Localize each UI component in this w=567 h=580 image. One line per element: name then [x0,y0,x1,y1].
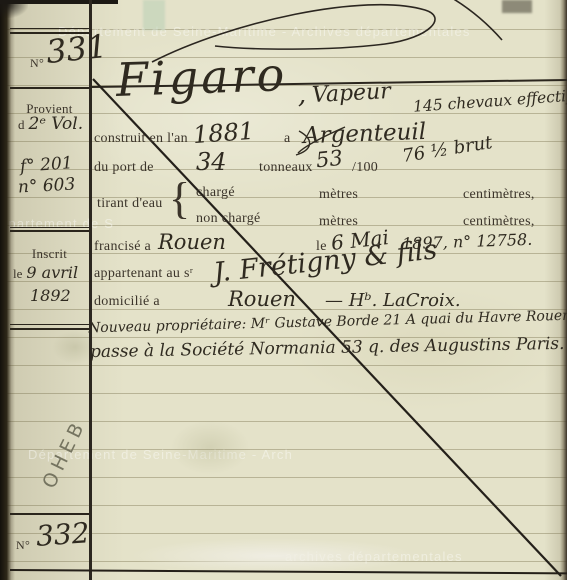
inscription-year: 1892 [30,286,71,305]
inscription-date: le 9 avril [13,263,78,283]
le-label: le [13,266,22,281]
next-entry-number: 332 [35,516,91,553]
draft-label: tirant d'eau [97,196,163,212]
domicile-place: Rouen [228,287,296,311]
built-label: construit en l'an [94,131,188,147]
margin-rule [10,328,89,330]
provient-volume: 2ᵉ Vol. [29,114,84,134]
inscrit-label: Inscrit [10,246,89,262]
metres-label: mètres [319,214,358,230]
provient-prefix: d [18,117,25,132]
vessel-name: Figaro [115,47,288,107]
registered-place: Rouen [158,230,226,254]
margin-rule [10,513,89,515]
tonneaux-label: tonneaux [259,160,313,176]
tonnage-fraction: 53 [315,146,344,173]
vessel-type: Vapeur [311,79,391,108]
domicile-label: domicilié a [94,294,160,310]
margin-rule [10,87,89,89]
registered-label: francisé a [94,239,151,255]
registry-number: n° 603 [18,175,76,198]
archive-watermark-middle: épartement de S [0,216,150,231]
built-at-label: a [284,131,291,147]
draft-unloaded-label: non chargé [196,211,261,227]
tonnage-label: du port de [94,160,154,176]
draft-brace: { [169,177,190,221]
inscription-day-month: 9 avril [26,263,78,282]
tape-mark [143,0,165,30]
margin-rule [10,324,89,325]
provient-value: d 2ᵉ Vol. [18,114,83,134]
margin-rule [10,230,89,232]
metres-label: mètres [319,187,358,203]
margin-rule [10,227,89,228]
archive-watermark-top: Département de Seine-Maritime - Archives… [58,24,548,39]
tonnage-value: 34 [196,148,227,176]
fraction-denominator: /100 [352,160,378,176]
entry-number-label: N° [30,56,44,71]
paper-stain [130,538,420,574]
name-separator: , [298,80,306,110]
ship-register-page: Département de Seine-Maritime - Archives… [0,0,567,580]
draft-loaded-label: chargé [196,185,235,201]
entry-number: 331 [44,27,109,71]
folio-reference: f° 201 [19,153,73,177]
owner-label: appartenant au sʳ [94,266,193,282]
next-entry-number-label: N° [16,538,30,553]
paper-stain [170,420,250,475]
domicile-note: — Hᵇ. LaCroix. [325,290,461,311]
top-right-smudge [502,0,532,13]
centimetres-label: centimètres, [463,187,535,203]
corner-shadow [0,0,28,18]
centimetres-label: centimètres, [463,214,535,230]
built-year: 1881 [192,117,255,149]
